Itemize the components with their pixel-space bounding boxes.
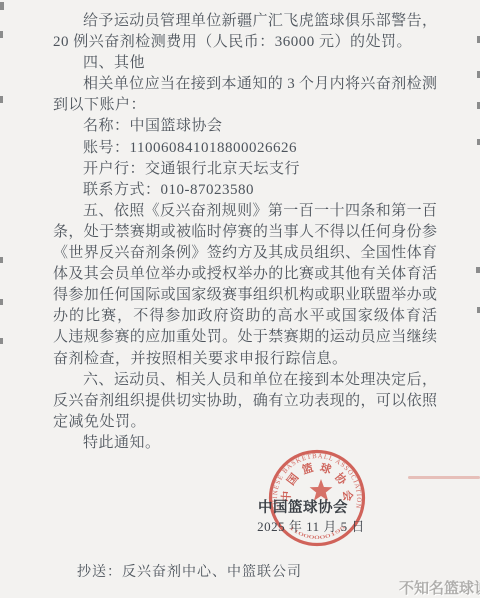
document-line: 《世界反兴奋剂条例》签约方及其成员组织、全国性体育社会团 [53, 243, 437, 264]
document-line: 体及其会员单位举办或授权举办的比赛或其他有关体育活动，不 [53, 264, 437, 285]
document-line: 给予运动员管理单位新疆广汇飞虎篮球俱乐部警告，并负担 [53, 11, 437, 32]
document-line: 办的比赛，不得参加政府资助的高水平或国家级体育活动。当事 [53, 306, 437, 327]
document-line: 条，处于禁赛期或被临时停赛的当事人不得以任何身份参加任何 [53, 222, 437, 243]
document-line: 奋剂检查，并按照相关要求申报行踪信息。 [53, 349, 437, 370]
cc-recipients: 抄送：反兴奋剂中心、中篮联公司 [77, 561, 302, 581]
scan-artifact [0, 2, 4, 10]
document-line closing-phrase: 特此通知。 [53, 433, 437, 454]
scan-artifact [476, 267, 480, 273]
document-line: 六、运动员、相关人员和单位在接到本处理决定后，仍可向 [53, 370, 437, 391]
document-line: 相关单位应当在接到本通知的 3 个月内将兴奋剂检测费用交 [53, 74, 437, 95]
scan-artifact [408, 476, 480, 479]
document-line contact-phone: 联系方式：010-87023580 [53, 180, 437, 201]
document-line section-heading: 四、其他 [53, 53, 437, 74]
document-line: 到以下账户： [53, 95, 437, 116]
scan-artifact [0, 96, 3, 103]
document-line bank-branch: 开户行：交通银行北京天坛支行 [53, 159, 437, 180]
watermark-text: 不知名篮球说 [399, 577, 480, 598]
document-line account-number: 账号：110060841018800026626 [53, 138, 437, 159]
notice-body: 给予运动员管理单位新疆广汇飞虎篮球俱乐部警告，并负担 20 例兴奋剂检测费用（人… [53, 11, 437, 454]
scan-artifact [0, 338, 3, 344]
scan-artifact [0, 257, 3, 263]
scan-artifact [0, 31, 3, 38]
document-line: 反兴奋剂组织提供切实协助，确有立功表现的，可以依照相关规 [53, 391, 437, 412]
document-line: 20 例兴奋剂检测费用（人民币：36000 元）的处罚。 [53, 32, 437, 53]
issue-date: 2025 年 11 月 5 日 [253, 516, 369, 535]
document-line: 得参加任何国际或国家级赛事组织机构或职业联盟举办或授权举 [53, 285, 437, 306]
document-line: 定减免处罚。 [53, 412, 437, 433]
document-page: 给予运动员管理单位新疆广汇飞虎篮球俱乐部警告，并负担 20 例兴奋剂检测费用（人… [0, 0, 480, 598]
issuer-name: 中国篮球协会 [245, 496, 361, 517]
document-line account-name: 名称：中国篮球协会 [53, 116, 437, 137]
document-line: 人违规参赛的应加重处罚。处于禁赛期的运动员应当继续接受兴 [53, 327, 437, 348]
document-line: 五、依照《反兴奋剂规则》第一百一十四条和第一百一十六 [53, 201, 437, 222]
scan-artifact [0, 299, 3, 305]
